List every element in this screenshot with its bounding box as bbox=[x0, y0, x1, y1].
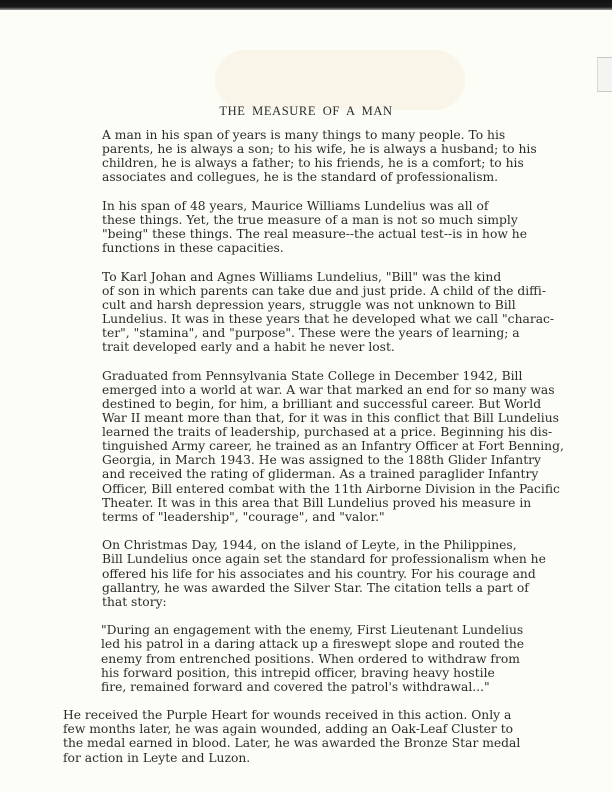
scan-top-edge bbox=[0, 0, 612, 10]
paragraph: He received the Purple Heart for wounds … bbox=[63, 708, 533, 764]
text-line: "being" these things. The real measure--… bbox=[63, 227, 533, 241]
text-line: A man in his span of years is many thing… bbox=[63, 128, 533, 142]
text-line: ter", "stamina", and "purpose". These we… bbox=[63, 326, 533, 340]
paragraph: Graduated from Pennsylvania State Colleg… bbox=[63, 369, 533, 524]
text-line: for action in Leyte and Luzon. bbox=[63, 751, 533, 765]
text-line: War II meant more than that, for it was … bbox=[63, 411, 533, 425]
text-line: led his patrol in a daring attack up a f… bbox=[101, 637, 521, 651]
paragraph: To Karl Johan and Agnes Williams Lundeli… bbox=[63, 270, 533, 355]
text-line: of son in which parents can take due and… bbox=[63, 284, 533, 298]
citation-quote: "During an engagement with the enemy, Fi… bbox=[101, 623, 521, 693]
text-line: Bill Lundelius once again set the standa… bbox=[63, 552, 533, 566]
text-line: Officer, Bill entered combat with the 11… bbox=[63, 482, 533, 496]
paragraph: On Christmas Day, 1944, on the island of… bbox=[63, 538, 533, 608]
text-line: and received the rating of gliderman. As… bbox=[63, 467, 533, 481]
text-line: "During an engagement with the enemy, Fi… bbox=[101, 623, 521, 637]
text-line: On Christmas Day, 1944, on the island of… bbox=[63, 538, 533, 552]
text-line: few months later, he was again wounded, … bbox=[63, 722, 533, 736]
text-line: terms of "leadership", "courage", and "v… bbox=[63, 510, 533, 524]
paragraph: A man in his span of years is many thing… bbox=[63, 128, 533, 184]
text-line: enemy from entrenched positions. When or… bbox=[101, 652, 521, 666]
text-line: his forward position, this intrepid offi… bbox=[101, 666, 521, 680]
text-line: He received the Purple Heart for wounds … bbox=[63, 708, 533, 722]
text-line: parents, he is always a son; to his wife… bbox=[63, 142, 533, 156]
text-line: functions in these capacities. bbox=[63, 241, 533, 255]
text-line: In his span of 48 years, Maurice William… bbox=[63, 199, 533, 213]
text-line: fire, remained forward and covered the p… bbox=[101, 680, 521, 694]
bleed-through-mark bbox=[215, 50, 465, 110]
text-line: the medal earned in blood. Later, he was… bbox=[63, 736, 533, 750]
text-line: that story: bbox=[63, 595, 533, 609]
text-line: gallantry, he was awarded the Silver Sta… bbox=[63, 581, 533, 595]
text-line: Georgia, in March 1943. He was assigned … bbox=[63, 453, 533, 467]
text-line: tinguished Army career, he trained as an… bbox=[63, 439, 533, 453]
text-line: Graduated from Pennsylvania State Colleg… bbox=[63, 369, 533, 383]
paragraph: In his span of 48 years, Maurice William… bbox=[63, 199, 533, 255]
text-line: destined to begin, for him, a brilliant … bbox=[63, 397, 533, 411]
text-line: cult and harsh depression years, struggl… bbox=[63, 298, 533, 312]
text-line: trait developed early and a habit he nev… bbox=[63, 340, 533, 354]
text-line: children, he is always a father; to his … bbox=[63, 156, 533, 170]
text-line: Theater. It was in this area that Bill L… bbox=[63, 496, 533, 510]
text-line: offered his life for his associates and … bbox=[63, 567, 533, 581]
page-title: THE MEASURE OF A MAN bbox=[0, 104, 612, 119]
document-body: A man in his span of years is many thing… bbox=[63, 128, 533, 779]
text-line: Lundelius. It was in these years that he… bbox=[63, 312, 533, 326]
text-line: associates and collegues, he is the stan… bbox=[63, 170, 533, 184]
text-line: learned the traits of leadership, purcha… bbox=[63, 425, 533, 439]
text-line: To Karl Johan and Agnes Williams Lundeli… bbox=[63, 270, 533, 284]
page-edge-tab bbox=[597, 57, 612, 92]
text-line: emerged into a world at war. A war that … bbox=[63, 383, 533, 397]
text-line: these things. Yet, the true measure of a… bbox=[63, 213, 533, 227]
